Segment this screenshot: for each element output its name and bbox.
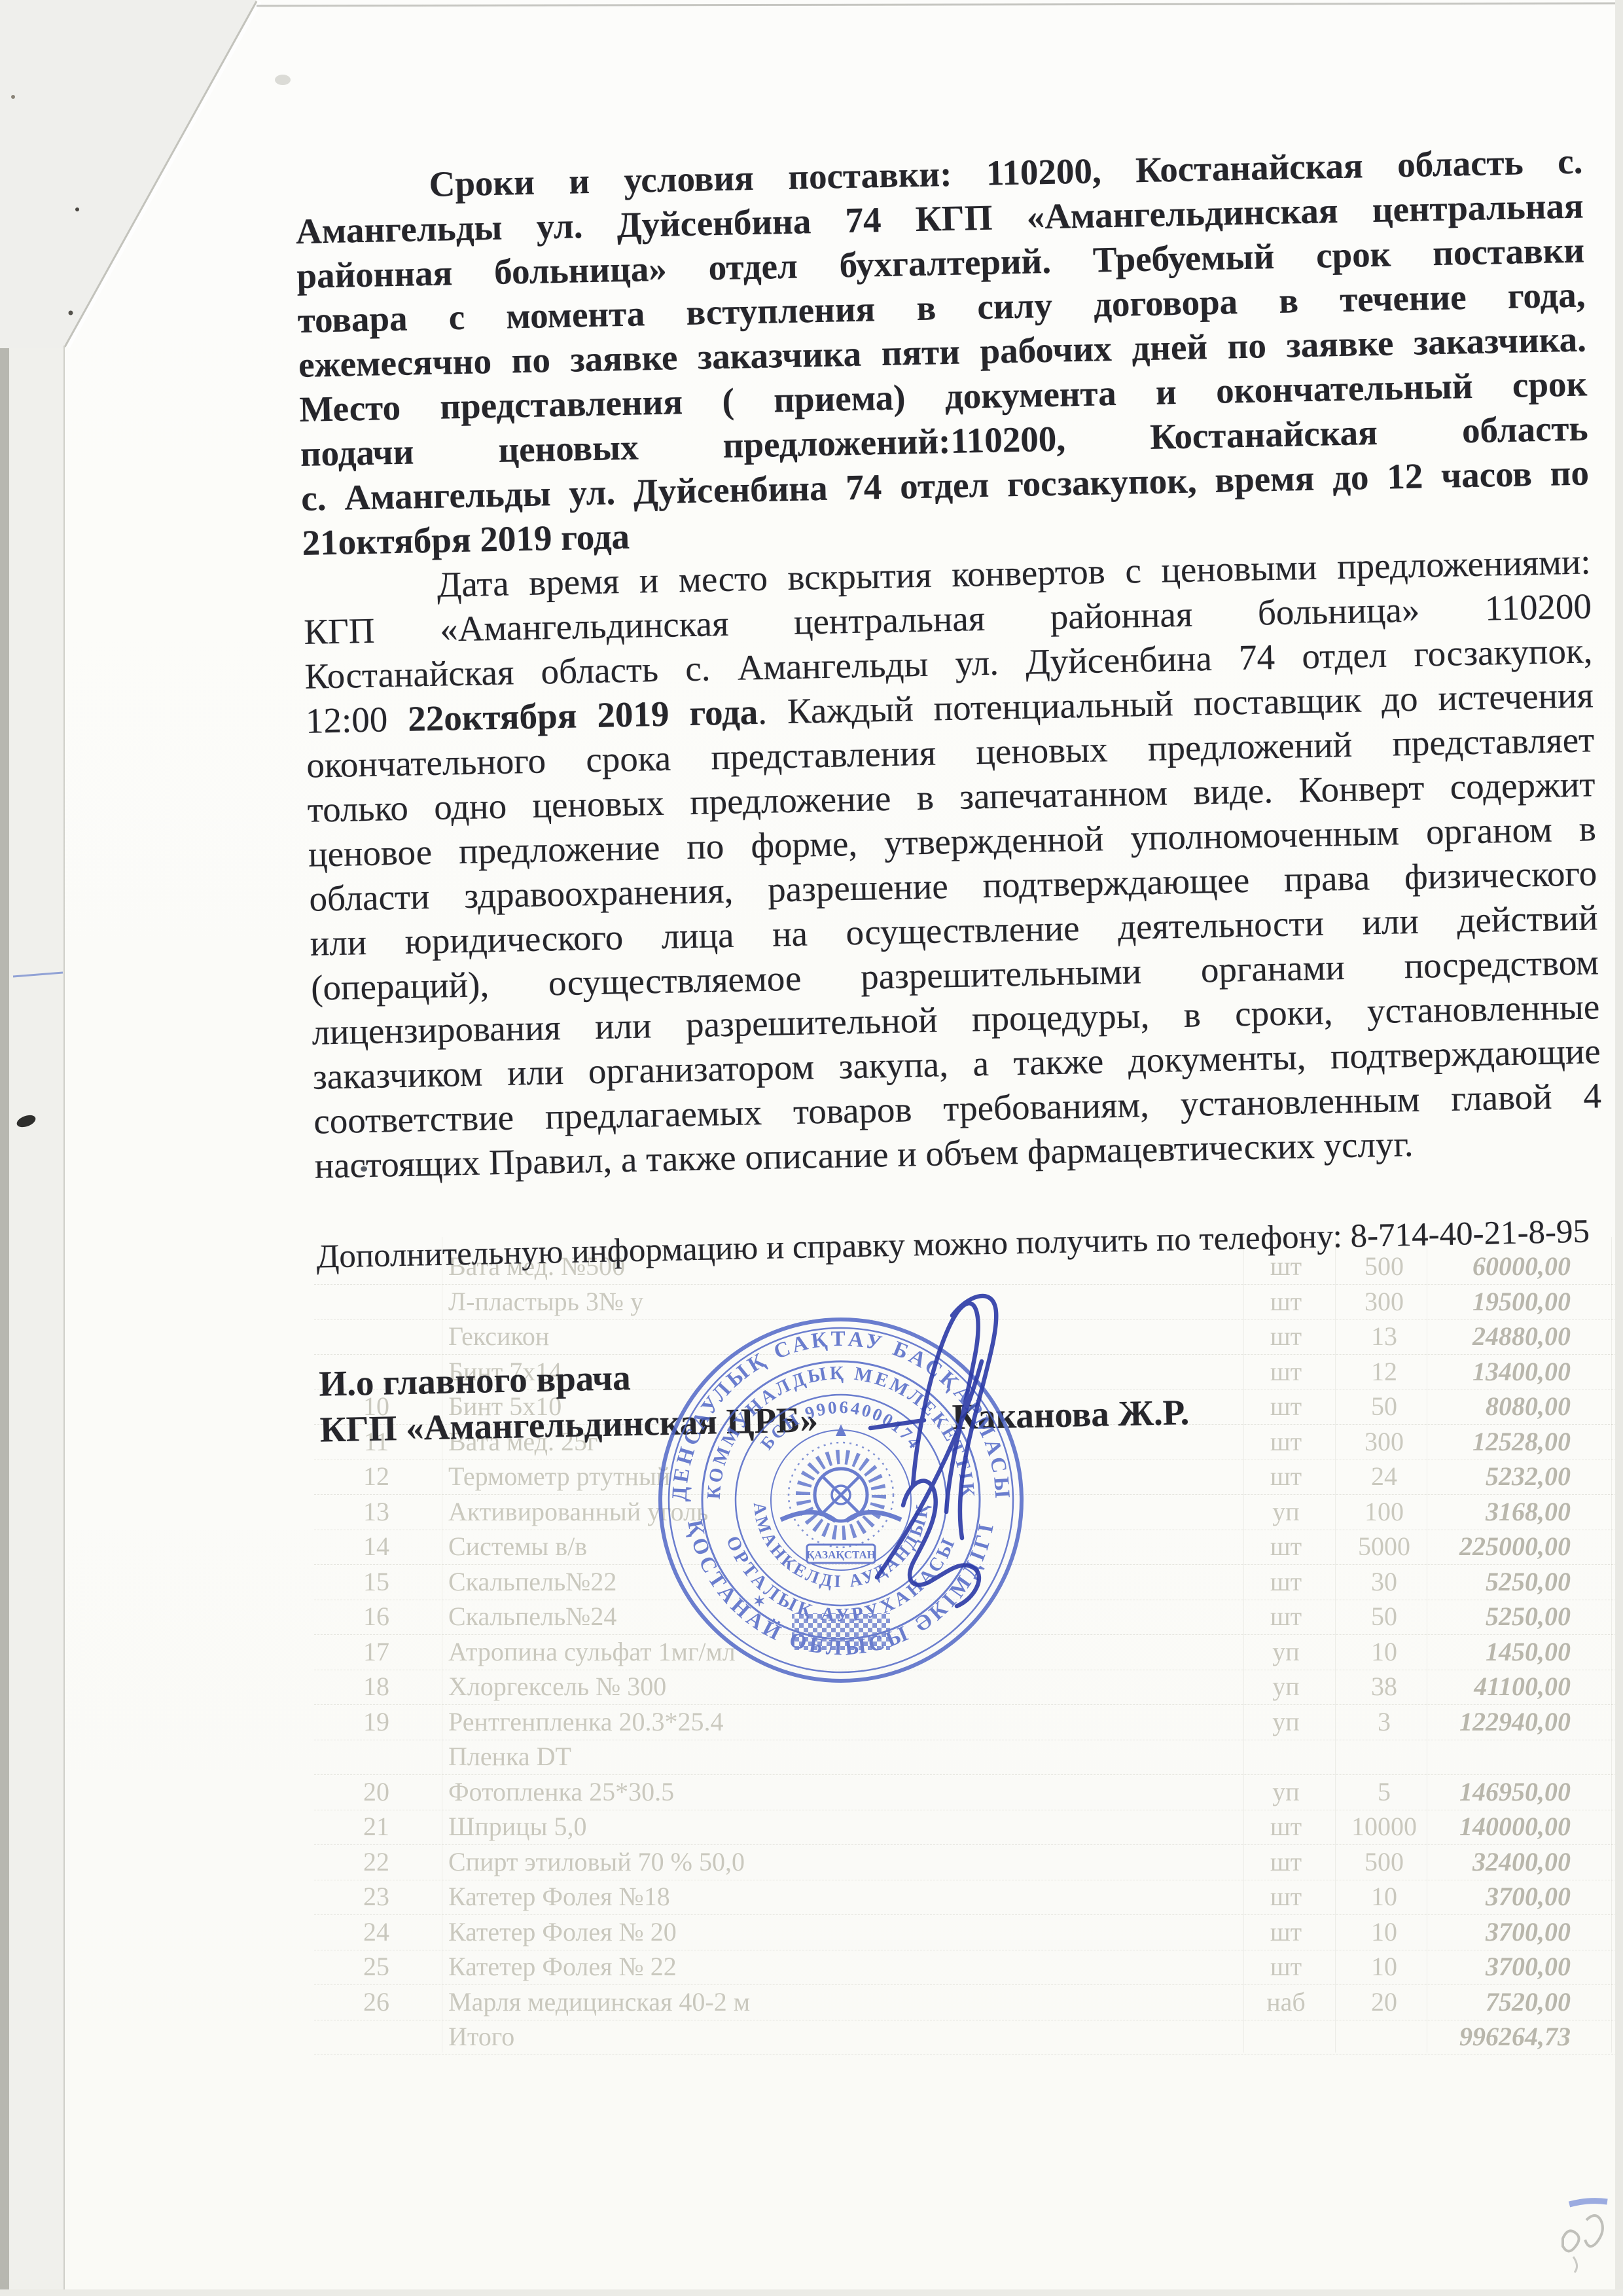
page-bottom-edge [0,2289,1623,2296]
bleedthrough-cell: уп [1250,1774,1322,1810]
page-right-edge [1615,0,1623,2296]
document-body: Сроки и условия поставки: 110200, Костан… [294,139,1608,1453]
bleedthrough-cell: 5250,00 [1427,1599,1571,1634]
bleedthrough-cell: шт [1250,1914,1322,1950]
bleedthrough-cell: 15 [327,1564,425,1600]
smudge [275,75,291,85]
bleedthrough-cell: шт [1250,1809,1322,1844]
blue-smudge-mark [1569,2201,1607,2204]
bleedthrough-cell: Марля медицинская 40-2 м [448,1984,1234,2020]
bleedthrough-cell: Фотопленка 25*30.5 [448,1774,1234,1810]
bleedthrough-cell: 5232,00 [1427,1459,1571,1494]
bleedthrough-cell: Шприцы 5,0 [448,1809,1234,1844]
bleedthrough-cell: 10000 [1342,1809,1427,1844]
bleedthrough-cell: Спирт этиловый 70 % 50,0 [448,1844,1234,1880]
bleedthrough-cell: Пленка DT [448,1739,1234,1774]
scanned-document-page: Вата мед. №500шт50060000,00Л-пластырь 3№… [0,0,1623,2296]
bleedthrough-cell: шт [1250,1529,1322,1564]
bleedthrough-cell: 3700,00 [1427,1914,1571,1950]
bleedthrough-cell: 23 [327,1879,425,1914]
page-top-edge [257,3,1622,6]
bleedthrough-cell: 14 [327,1529,425,1564]
bleedthrough-cell: 5250,00 [1427,1564,1571,1600]
bleedthrough-cell: 500 [1342,1844,1427,1880]
bleedthrough-cell: 21 [327,1809,425,1844]
bleedthrough-cell: 146950,00 [1427,1774,1571,1810]
bleedthrough-cell: 225000,00 [1427,1529,1571,1564]
bleedthrough-cell: 20 [327,1774,425,1810]
bleedthrough-cell: 3700,00 [1427,1949,1571,1984]
bleedthrough-cell: 996264,73 [1427,2019,1571,2054]
bleedthrough-cell: 38 [1342,1669,1427,1704]
bleedthrough-cell: шт [1250,1949,1322,1984]
bleedthrough-cell: 3 [1342,1704,1427,1740]
bleedthrough-cell: 24 [327,1914,425,1950]
bleedthrough-row: 24Катетер Фолея № 20шт103700,00 [314,1914,1616,1950]
bleedthrough-cell: 16 [327,1599,425,1634]
bleedthrough-row: Итого996264,73 [314,2019,1616,2055]
paragraph-envelope-opening: Дата время и место вскрытия конвертов с … [302,539,1603,1188]
bleedthrough-column-line [1611,1237,1612,2053]
bleedthrough-cell: шт [1250,1459,1322,1494]
bleedthrough-cell: 12 [327,1459,425,1494]
bleedthrough-cell: Итого [448,2019,1234,2054]
bleedthrough-cell: 25 [327,1949,425,1984]
bleedthrough-cell: шт [1250,1844,1322,1880]
bleedthrough-cell: 5 [1342,1774,1427,1810]
bleedthrough-cell: 24 [1342,1459,1427,1494]
bleedthrough-cell: 140000,00 [1427,1809,1571,1844]
pencil-squiggle [1585,2215,1603,2246]
bleedthrough-cell: 10 [1342,1914,1427,1950]
bleedthrough-cell: уп [1250,1669,1322,1704]
bleedthrough-row: 25Катетер Фолея № 22шт103700,00 [314,1949,1616,1985]
bleedthrough-row: 20Фотопленка 25*30.5уп5146950,00 [314,1774,1616,1810]
bleedthrough-cell: 10 [1342,1634,1427,1670]
bleedthrough-cell: Катетер Фолея №18 [448,1879,1234,1914]
paragraph-delivery-terms: Сроки и условия поставки: 110200, Костан… [294,139,1590,565]
bleedthrough-cell: шт [1250,1564,1322,1600]
bleedthrough-cell: шт [1250,1599,1322,1634]
folded-page-corner [0,0,262,353]
bleedthrough-cell: 41100,00 [1427,1669,1571,1704]
bleedthrough-cell: 3168,00 [1427,1494,1571,1530]
bleedthrough-row: 21Шприцы 5,0шт10000140000,00 [314,1809,1616,1845]
bleedthrough-row: Пленка DT [314,1739,1616,1775]
bleedthrough-cell: 26 [327,1984,425,2020]
bleedthrough-cell: Катетер Фолея № 22 [448,1949,1234,1984]
pencil-squiggle [1563,2231,1579,2251]
bleedthrough-cell: 32400,00 [1427,1844,1571,1880]
bleedthrough-cell: 5000 [1342,1529,1427,1564]
bleedthrough-cell: 100 [1342,1494,1427,1530]
bleedthrough-cell: 22 [327,1844,425,1880]
bleedthrough-cell: 10 [1342,1949,1427,1984]
bleedthrough-cell: уп [1250,1634,1322,1670]
bleedthrough-cell: 122940,00 [1427,1704,1571,1740]
bleedthrough-cell: 20 [1342,1984,1427,2020]
bleedthrough-cell: 10 [1342,1879,1427,1914]
bleedthrough-cell: 1450,00 [1427,1634,1571,1670]
bleedthrough-cell: Катетер Фолея № 20 [448,1914,1234,1950]
bleedthrough-cell: 7520,00 [1427,1984,1571,2020]
pencil-squiggle [1573,2257,1577,2272]
handwritten-signature [753,1263,1080,1630]
bleedthrough-cell: 3700,00 [1427,1879,1571,1914]
bleedthrough-cell: уп [1250,1704,1322,1740]
bleedthrough-cell: 50 [1342,1599,1427,1634]
bleedthrough-row: 26Марля медицинская 40-2 мнаб207520,00 [314,1984,1616,2020]
bleedthrough-cell: 18 [327,1669,425,1704]
bleedthrough-cell: 19 [327,1704,425,1740]
bleedthrough-cell: 13 [327,1494,425,1530]
bleedthrough-cell: шт [1250,1879,1322,1914]
bleedthrough-row: 23Катетер Фолея №18шт103700,00 [314,1879,1616,1915]
bleedthrough-row: 22Спирт этиловый 70 % 50,0шт50032400,00 [314,1844,1616,1880]
bleedthrough-cell: 30 [1342,1564,1427,1600]
bleedthrough-cell: 17 [327,1634,425,1670]
bleedthrough-cell: уп [1250,1494,1322,1530]
bleedthrough-cell: наб [1250,1984,1322,2020]
